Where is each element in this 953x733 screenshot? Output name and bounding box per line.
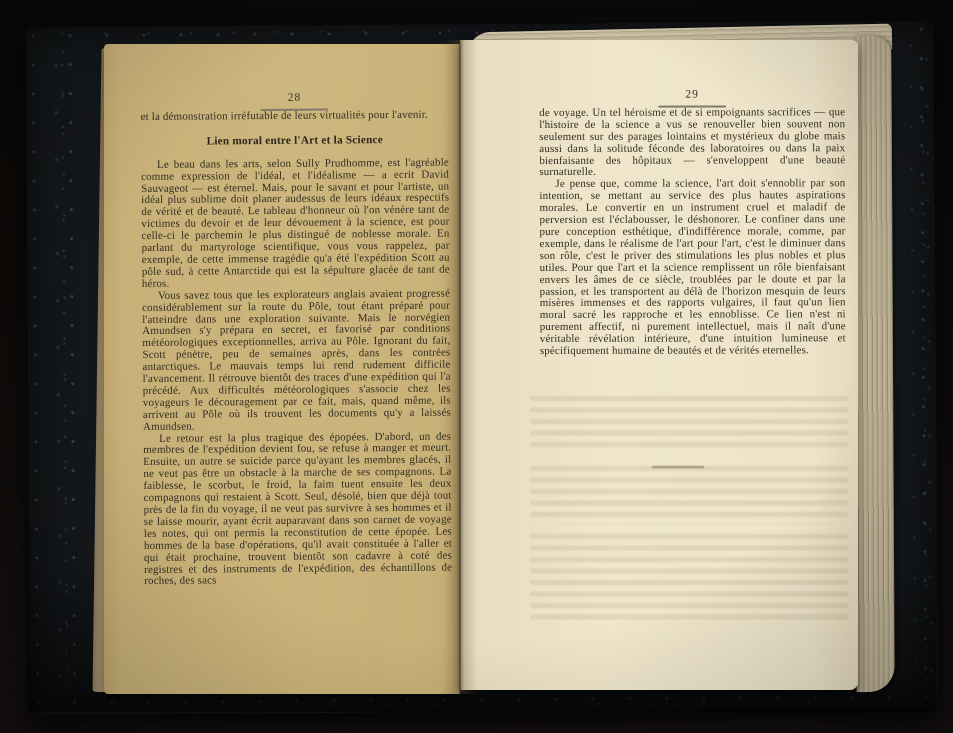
gutter-shadow	[443, 40, 477, 694]
continuation-paragraph: et la démonstration irréfutable de leurs…	[141, 109, 449, 123]
section-heading: Lien moral entre l'Art et la Science	[141, 134, 449, 148]
book-photograph: 28 et la démonstration irréfutable de le…	[0, 0, 953, 733]
paragraph: Le beau dans les arts, selon Sully Prudh…	[141, 157, 450, 290]
bleed-through-rule	[652, 466, 704, 468]
paragraph: Je pense que, comme la science, l'art do…	[539, 179, 845, 358]
left-page: 28 et la démonstration irréfutable de le…	[104, 44, 460, 694]
right-page: 29 de voyage. Un tel héroisme et de si e…	[460, 40, 858, 690]
bleed-through-text	[530, 396, 848, 638]
paragraph: Le retour est la plus tragique des épopé…	[143, 431, 452, 588]
page-stack-fore-edge	[853, 36, 894, 692]
right-page-text-column: 29 de voyage. Un tel héroisme et de si e…	[539, 39, 846, 358]
paragraph: Vous savez tous que les explorateurs ang…	[142, 288, 451, 433]
page-number-left: 28	[140, 92, 448, 106]
left-page-text-column: 28 et la démonstration irréfutable de le…	[140, 42, 452, 589]
page-number-right: 29	[539, 89, 845, 102]
continuation-paragraph: de voyage. Un tel héroisme et de si empo…	[539, 107, 845, 179]
